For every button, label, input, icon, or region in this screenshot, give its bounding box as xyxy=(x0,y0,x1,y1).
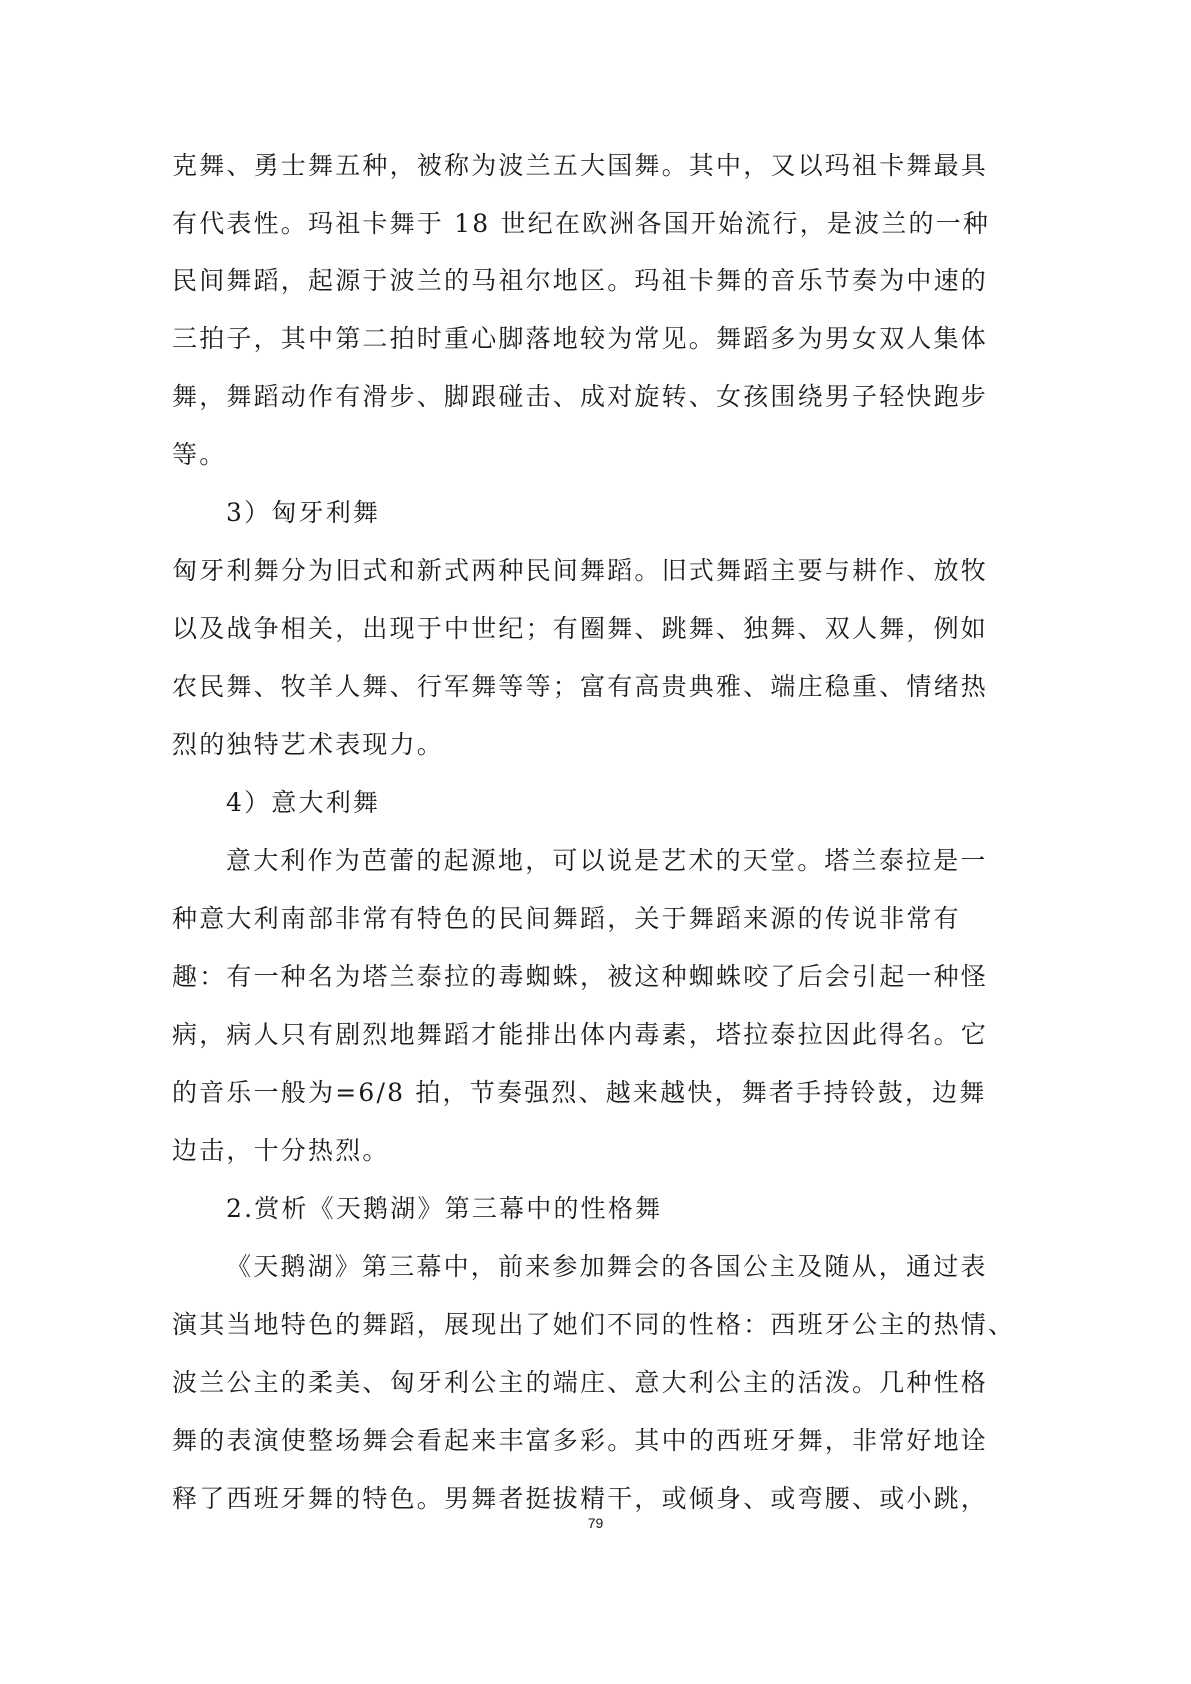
text-line: 克舞、勇士舞五种，被称为波兰五大国舞。其中，又以玛祖卡舞最具 xyxy=(172,151,942,181)
text-line: 病，病人只有剧烈地舞蹈才能排出体内毒素，塔拉泰拉因此得名。它 xyxy=(172,1020,942,1050)
text-line: 有代表性。玛祖卡舞于 18 世纪在欧洲各国开始流行，是波兰的一种 xyxy=(172,209,942,239)
text-line: 的音乐一般为=6/8 拍，节奏强烈、越来越快，舞者手持铃鼓，边舞 xyxy=(172,1078,942,1108)
text-line: 意大利作为芭蕾的起源地，可以说是艺术的天堂。塔兰泰拉是一 xyxy=(226,846,996,876)
text-line: 民间舞蹈，起源于波兰的马祖尔地区。玛祖卡舞的音乐节奏为中速的 xyxy=(172,266,942,296)
text-line: 三拍子，其中第二拍时重心脚落地较为常见。舞蹈多为男女双人集体 xyxy=(172,324,942,354)
text-line: 等。 xyxy=(172,440,942,470)
section-heading: 4）意大利舞 xyxy=(226,788,996,818)
text-line: 边击，十分热烈。 xyxy=(172,1136,942,1166)
text-line: 演其当地特色的舞蹈，展现出了她们不同的性格：西班牙公主的热情、 xyxy=(172,1310,942,1340)
text-line: 释了西班牙舞的特色。男舞者挺拔精干，或倾身、或弯腰、或小跳， xyxy=(172,1484,942,1514)
text-line: 《天鹅湖》第三幕中，前来参加舞会的各国公主及随从，通过表 xyxy=(226,1252,996,1282)
text-line: 趣：有一种名为塔兰泰拉的毒蜘蛛，被这种蜘蛛咬了后会引起一种怪 xyxy=(172,962,942,992)
document-page: 克舞、勇士舞五种，被称为波兰五大国舞。其中，又以玛祖卡舞最具有代表性。玛祖卡舞于… xyxy=(0,0,1191,1684)
text-line: 舞，舞蹈动作有滑步、脚跟碰击、成对旋转、女孩围绕男子轻快跑步 xyxy=(172,382,942,412)
text-line: 匈牙利舞分为旧式和新式两种民间舞蹈。旧式舞蹈主要与耕作、放牧 xyxy=(172,556,942,586)
section-heading: 2.赏析《天鹅湖》第三幕中的性格舞 xyxy=(226,1194,996,1224)
page-number: 79 xyxy=(0,1515,1191,1531)
text-line: 以及战争相关，出现于中世纪；有圈舞、跳舞、独舞、双人舞，例如 xyxy=(172,614,942,644)
text-line: 舞的表演使整场舞会看起来丰富多彩。其中的西班牙舞，非常好地诠 xyxy=(172,1426,942,1456)
text-line: 烈的独特艺术表现力。 xyxy=(172,730,942,760)
section-heading: 3）匈牙利舞 xyxy=(226,498,996,528)
text-line: 农民舞、牧羊人舞、行军舞等等；富有高贵典雅、端庄稳重、情绪热 xyxy=(172,672,942,702)
text-line: 种意大利南部非常有特色的民间舞蹈，关于舞蹈来源的传说非常有 xyxy=(172,904,942,934)
text-line: 波兰公主的柔美、匈牙利公主的端庄、意大利公主的活泼。几种性格 xyxy=(172,1368,942,1398)
